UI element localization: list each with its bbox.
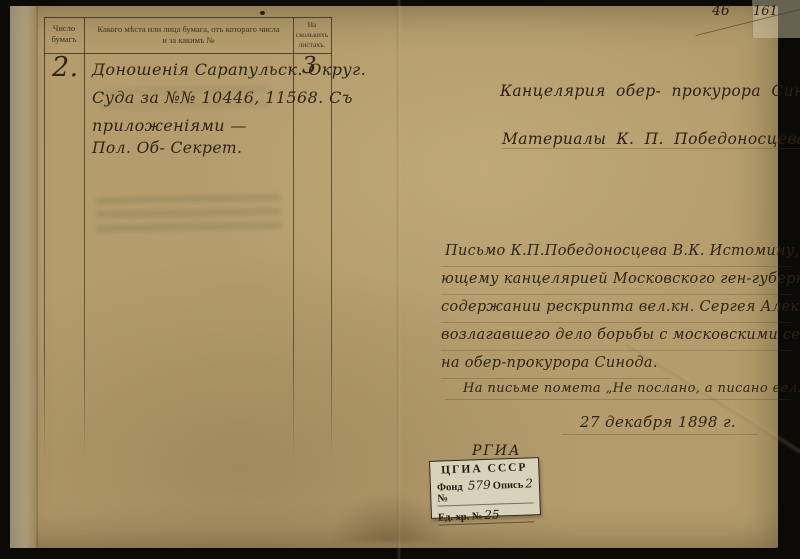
stamp-item-row: Ед. хр. № 25: [438, 506, 534, 525]
description-line1: Письмо К.П.Победоносцева В.К. Истомину, …: [441, 239, 791, 267]
ink-spot: [260, 11, 265, 15]
description-line2: ющему канцелярией Московского ген-губерн…: [441, 267, 791, 295]
document-scan: Число бумагъ Какого мѣста или лица бумаг…: [0, 0, 800, 559]
table-header-count: Число бумагъ: [44, 23, 84, 46]
table-header-source-line2: и за какимъ №: [84, 35, 293, 46]
entry-description-line1: Доношенія Сарапульск. Округ.: [92, 56, 366, 84]
entry-count: 2.: [52, 52, 79, 83]
date-line: 27 декабря 1898 г.: [562, 413, 758, 435]
table-header-sheets-line3: листахъ.: [293, 40, 331, 50]
entry-description-line3: приложеніями —: [92, 112, 366, 140]
stamp-item-label: Ед. хр. №: [438, 511, 483, 524]
stamp-item-value: 25: [484, 508, 500, 523]
marginal-note: На письме помета „Не послано, а писано в…: [445, 381, 791, 400]
corner-mark-left: 46: [712, 3, 730, 19]
stamp-fond-row: Фонд № 579 Опись 2: [437, 476, 534, 506]
stamp-title: ЦГИА СССР: [436, 461, 532, 476]
table-header-source-line1: Какого мѣста или лица бумага, отъ котора…: [84, 24, 293, 35]
table-header-source: Какого мѣста или лица бумага, отъ котора…: [84, 24, 293, 47]
entry-note: Пол. Об- Секрет.: [92, 139, 242, 157]
description-line3: содержании рескрипта вел.кн. Сергея Алек…: [441, 295, 791, 323]
entry-sheets: 3: [302, 53, 317, 79]
table-header-sheets: На сколькихъ листахъ.: [293, 20, 331, 50]
table-border-left: [44, 17, 45, 475]
description-line5: на обер-прокурора Синода.: [441, 351, 671, 379]
stamp-opis-value: 2: [525, 476, 533, 490]
table-column-divider-1: [84, 17, 85, 475]
stamp-opis-label: Опись: [493, 480, 524, 492]
corner-mark-right: 161: [753, 4, 778, 19]
table-header-divider: [44, 53, 332, 54]
table-header-sheets-line2: сколькихъ: [293, 30, 331, 40]
entry-description: Доношенія Сарапульск. Округ. Суда за №№ …: [92, 56, 366, 140]
table-header-sheets-line1: На: [293, 20, 331, 30]
description-paragraph: Письмо К.П.Победоносцева В.К. Истомину, …: [441, 239, 791, 379]
table-header-count-line1: Число: [44, 23, 84, 34]
entry-description-line2: Суда за №№ 10446, 11568. Съ: [92, 84, 366, 112]
table-border-top: [44, 17, 332, 18]
table-header-count-line2: бумагъ: [44, 34, 84, 45]
page-edge-strip: [10, 6, 38, 548]
heading-chancellery: Канцелярия обер- прокурора Синода: [500, 82, 800, 100]
rgia-handwritten: РГИА: [472, 443, 522, 459]
description-line4: возлагавшего дело борьбы с московскими с…: [441, 323, 791, 351]
archive-stamp: ЦГИА СССР Фонд № 579 Опись 2 Ед. хр. № 2…: [429, 457, 541, 519]
stamp-fond-value: 579: [468, 478, 491, 493]
heading-materials: Материалы К. П. Победоносцева: [502, 130, 800, 149]
